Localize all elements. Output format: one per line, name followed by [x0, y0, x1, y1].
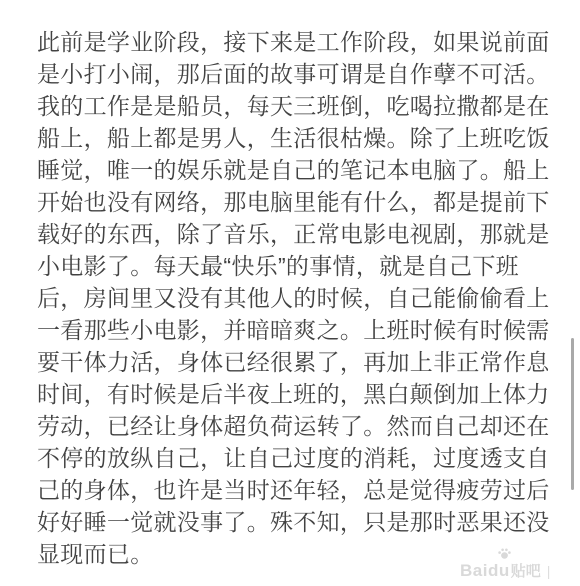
text-line: 睡觉，唯一的娱乐就是自己的笔记本电脑了。船上 — [37, 154, 557, 186]
text-line: 劳动，已经让身体超负荷运转了。然而自己却还在 — [37, 410, 557, 442]
text-line: 后，房间里又没有其他人的时候，自己能偷偷看上 — [37, 282, 557, 314]
watermark-suffix-text: 贴吧 — [511, 563, 541, 580]
text-line: 我的工作是是船员，每天三班倒，吃喝拉撒都是在 — [37, 90, 557, 122]
text-line: 一看那些小电影，并暗暗爽之。上班时候有时候需 — [37, 314, 557, 346]
text-line: 小电影了。每天最“快乐”的事情，就是自己下班 — [37, 250, 557, 282]
text-line: 载好的东西，除了音乐，正常电影电视剧，那就是 — [37, 218, 557, 250]
text-line: 此前是学业阶段，接下来是工作阶段，如果说前面 — [37, 26, 557, 58]
post-text-page: 此前是学业阶段，接下来是工作阶段，如果说前面 是小打小闹，那后面的故事可谓是自作… — [0, 0, 580, 586]
article-text: 此前是学业阶段，接下来是工作阶段，如果说前面 是小打小闹，那后面的故事可谓是自作… — [37, 26, 557, 570]
text-line: 船上，船上都是男人，生活很枯燥。除了上班吃饭 — [37, 122, 557, 154]
watermark-brand-text: Baidu — [460, 562, 510, 580]
text-line: 不停的放纵自己，让自己过度的消耗，过度透支自 — [37, 442, 557, 474]
text-line: 己的身体，也许是当时还年轻，总是觉得疲劳过后 — [37, 474, 557, 506]
scrollbar-thumb[interactable] — [571, 338, 574, 490]
watermark-divider: | — [547, 563, 551, 580]
text-line: 好好睡一觉就没事了。殊不知，只是那时恶果还没 — [37, 506, 557, 538]
baidu-tieba-watermark: Baidu 贴吧 | — [460, 552, 550, 580]
text-line: 开始也没有网络，那电脑里能有什么，都是提前下 — [37, 186, 557, 218]
text-line: 时间，有时候是后半夜上班的，黑白颠倒加上体力 — [37, 378, 557, 410]
text-line: 要干体力活，身体已经很累了，再加上非正常作息 — [37, 346, 557, 378]
text-line: 是小打小闹，那后面的故事可谓是自作孽不可活。 — [37, 58, 557, 90]
bear-paw-icon — [498, 548, 511, 559]
